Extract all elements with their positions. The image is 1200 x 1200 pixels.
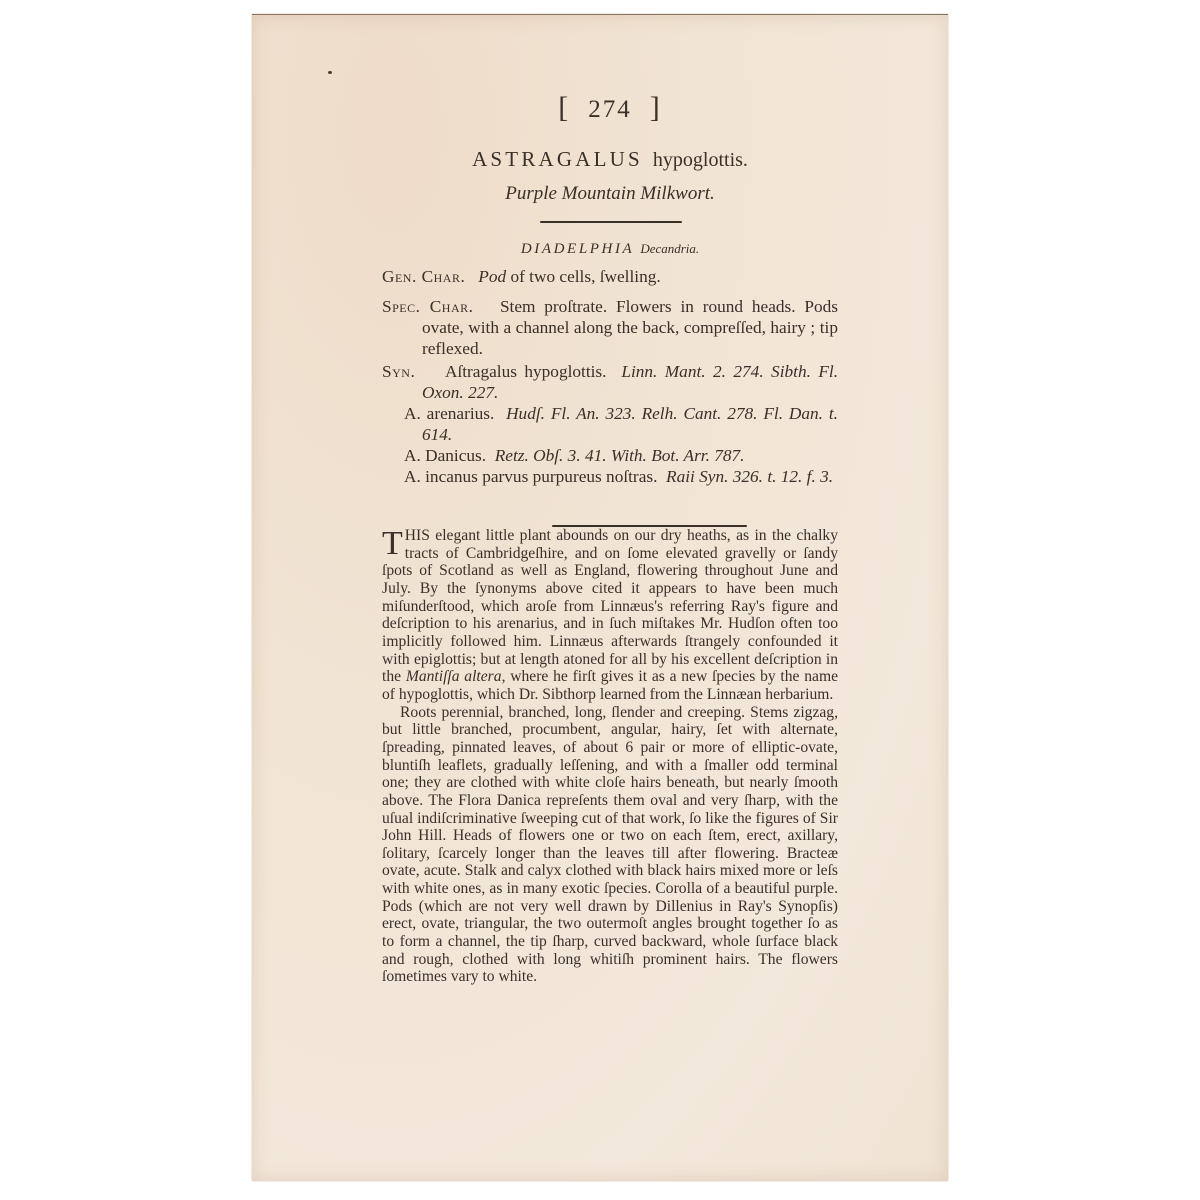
spec-char-text: Stem proſtrate. Flowers in round heads. … [422,297,838,358]
synonym-name: A. arenarius. [404,404,494,423]
page-number: [274] [382,91,838,125]
linnaean-class: DIADELPHIADecandria. [382,241,838,258]
paper-speck [328,71,332,74]
spec-char-label: Spec. Char. [382,297,473,316]
synonym-name: A. Danicus. [404,446,486,465]
paragraph-text: HIS elegant little plant abounds on our … [382,527,838,685]
species-name: hypoglottis. [653,149,748,171]
syn-label: Syn. [382,362,415,381]
class-name: DIADELPHIA [521,241,634,257]
document-page: [274] ASTRAGALUShypoglottis. Purple Moun… [252,14,948,1181]
order-name: Decandria. [640,241,699,256]
page-number-value: 274 [588,96,632,123]
common-name: Purple Mountain Milkwort. [382,183,838,205]
description-body: THIS elegant little plant abounds on our… [382,527,838,986]
italic-title: Mantiſſa altera [406,668,502,685]
specific-character: Spec. Char. Stem proſtrate. Flowers in r… [382,296,838,359]
drop-cap: T [382,527,403,559]
gen-char-text: of two cells, ſwelling. [506,267,661,286]
page-title: ASTRAGALUShypoglottis. [382,147,838,172]
bracket-close: ] [650,91,662,124]
bracket-open: [ [558,91,570,124]
gen-char-italic: Pod [478,267,506,286]
synonym-name: Aſtragalus hypoglottis. [445,362,607,381]
paragraph: Roots perennial, branched, long, ſlender… [382,704,838,987]
synonym-name: A. incanus parvus purpureus noſtras. [404,467,657,486]
synonym-refs: Raii Syn. 326. t. 12. f. 3. [666,467,833,486]
generic-character: Gen. Char. Pod of two cells, ſwelling. [382,266,838,287]
gen-char-label: Gen. Char. [382,267,465,286]
genus-name: ASTRAGALUS [472,147,643,171]
paragraph: THIS elegant little plant abounds on our… [382,527,838,704]
synonymy: Syn. Aſtragalus hypoglottis. Linn. Mant.… [382,361,838,487]
divider-rule [540,221,682,223]
synonym-refs: Retz. Obſ. 3. 41. With. Bot. Arr. 787. [495,446,745,465]
